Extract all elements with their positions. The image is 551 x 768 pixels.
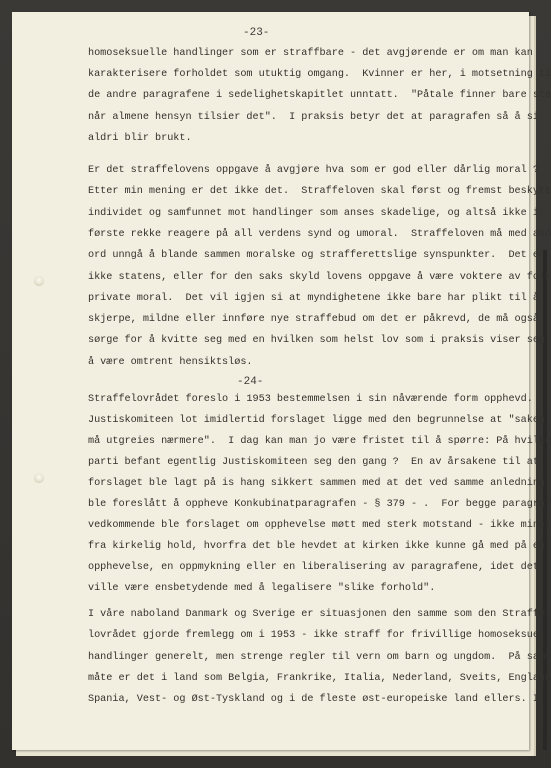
text-line: lovrådet gjorde fremlegg om i 1953 - ikk… (88, 630, 551, 641)
punch-hole-lower (34, 473, 44, 483)
text-line: ble foreslått å oppheve Konkubinatparagr… (88, 499, 551, 510)
punch-hole-upper (34, 276, 44, 286)
page-number: -23- (243, 27, 269, 39)
text-line: karakterisere forholdet som utuktig omga… (88, 69, 551, 80)
text-line: å være omtrent hensiktsløs. (88, 357, 253, 368)
text-line: de andre paragrafene i sedelighetskapitl… (88, 90, 551, 101)
text-line: forslaget ble lagt på is hang sikkert sa… (88, 478, 545, 489)
text-line: ord unngå å blande sammen moralske og st… (88, 250, 545, 261)
text-line: handlinger generelt, men strenge regler … (88, 652, 551, 663)
text-line: Justiskomiteen lot imidlertid forslaget … (88, 415, 545, 426)
text-line: skjerpe, mildne eller innføre nye straff… (88, 314, 539, 325)
text-line: Straffelovrådet foreslo i 1953 bestemmel… (88, 394, 533, 405)
text-line: Spania, Vest- og Øst-Tyskland og i de fl… (88, 694, 539, 705)
text-line: vedkommende ble forslaget om opphevelse … (88, 520, 551, 531)
text-line: parti befant egentlig Justiskomiteen seg… (88, 457, 539, 468)
scanned-document: -23- homoseksuelle handlinger som er str… (0, 0, 551, 768)
section-number: -24- (237, 376, 263, 388)
text-line: fra kirkelig hold, hvorfra det ble hevde… (88, 541, 545, 552)
text-line: første rekke reagere på all verdens synd… (88, 229, 551, 240)
text-line: må utgreies nærmere". I dag kan man jo v… (88, 436, 551, 447)
text-line: ville være ensbetydende med å legalisere… (88, 583, 435, 594)
text-line: sørge for å kvitte seg med en hvilken so… (88, 335, 545, 346)
text-line: når almene hensyn tilsier det". I praksi… (88, 112, 539, 123)
text-line: private moral. Det vil igjen si at myndi… (88, 293, 539, 304)
text-line: opphevelse, en oppmykning eller en liber… (88, 562, 539, 573)
text-line: Etter min mening er det ikke det. Straff… (88, 186, 551, 197)
text-line: individet og samfunnet mot handlinger so… (88, 208, 539, 219)
text-line: aldri blir brukt. (88, 133, 192, 144)
text-line: homoseksuelle handlinger som er straffba… (88, 48, 533, 59)
text-line: ikke statens, eller for den saks skyld l… (88, 272, 551, 283)
text-line: Er det straffelovens oppgave å avgjøre h… (88, 165, 539, 176)
text-line: I våre naboland Danmark og Sverige er si… (88, 609, 551, 620)
text-line: måte er det i land som Belgia, Frankrike… (88, 673, 551, 684)
